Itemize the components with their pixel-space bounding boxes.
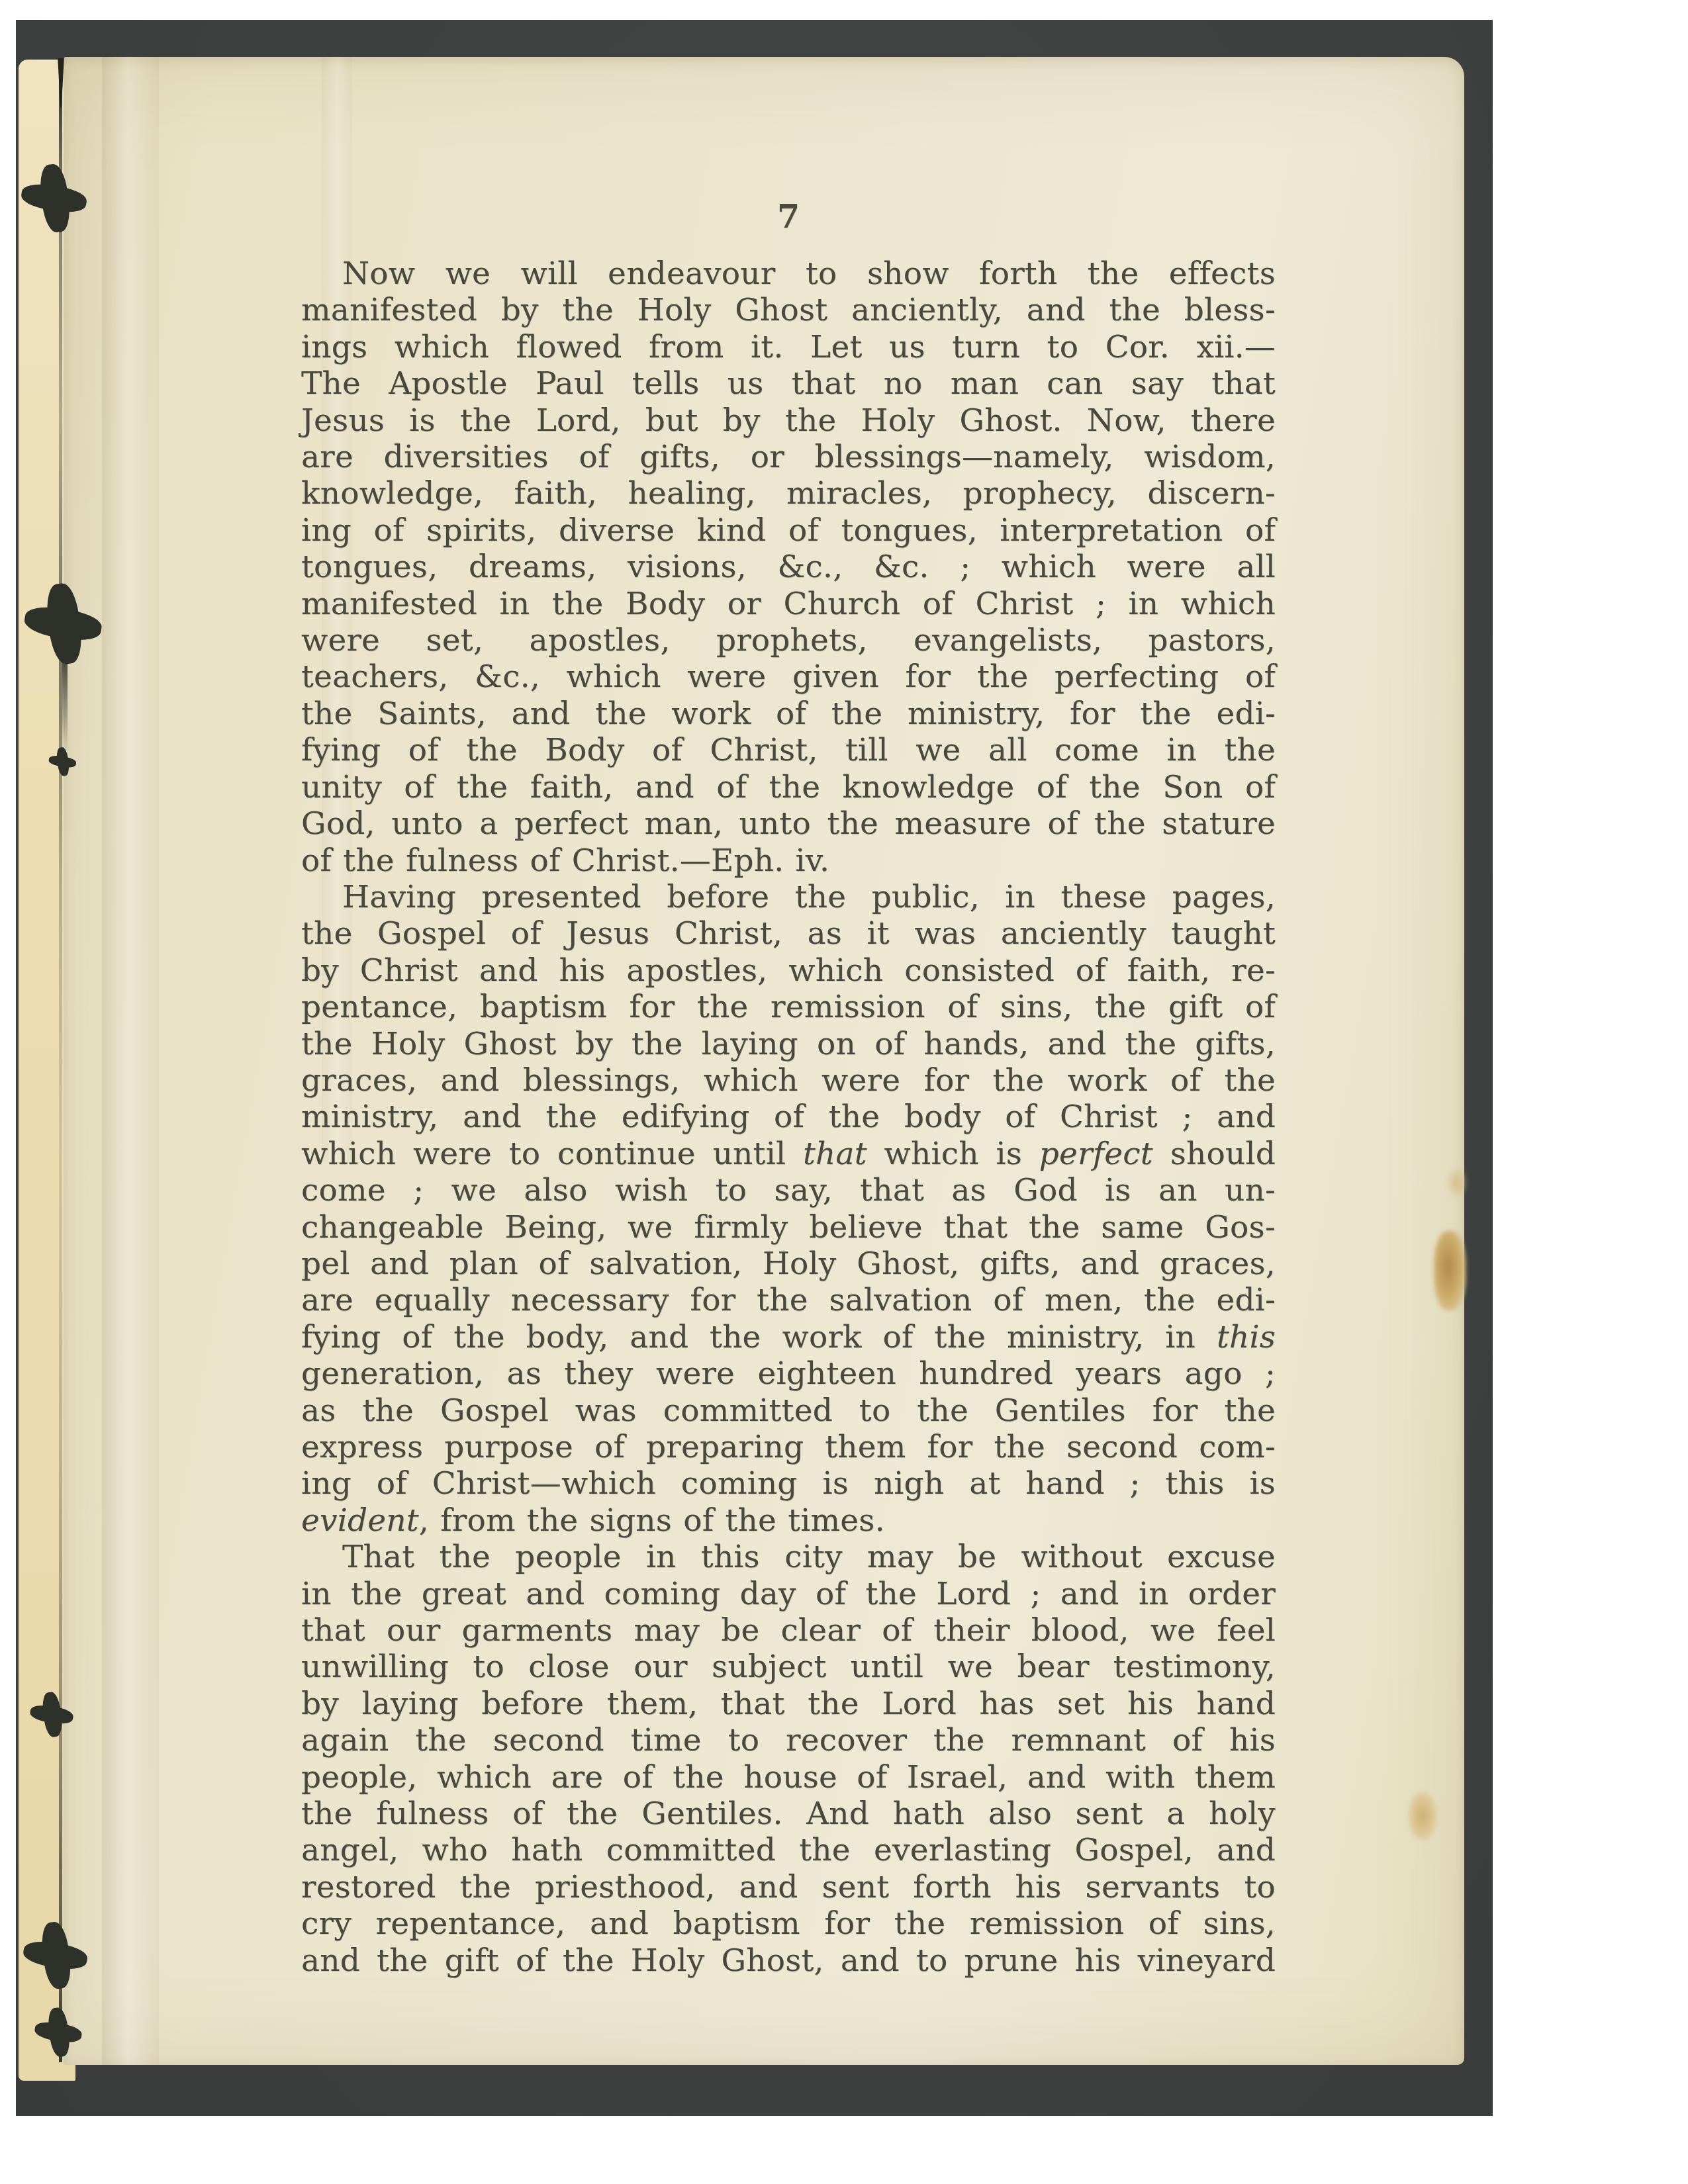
text-line: knowledge, faith, healing, miracles, pro… bbox=[301, 475, 1276, 512]
stain bbox=[1409, 1792, 1436, 1840]
text-line: The Apostle Paul tells us that no man ca… bbox=[301, 365, 1276, 402]
text-block: Now we will endeavour to show forth the … bbox=[301, 255, 1276, 1979]
text-line: God, unto a perfect man, unto the measur… bbox=[301, 805, 1276, 842]
text-line: fying of the Body of Christ, till we all… bbox=[301, 732, 1276, 768]
text-line: are equally necessary for the salvation … bbox=[301, 1282, 1276, 1318]
text-line: ing of spirits, diverse kind of tongues,… bbox=[301, 512, 1276, 549]
text-line: restored the priesthood, and sent forth … bbox=[301, 1869, 1276, 1905]
text-line: cry repentance, and baptism for the remi… bbox=[301, 1905, 1276, 1942]
screenshot-root: { "scan": { "background_color": "#3e4140… bbox=[0, 0, 1688, 2184]
stitch-mark bbox=[21, 1920, 92, 1991]
stain bbox=[1434, 1231, 1466, 1310]
text-line: Having presented before the public, in t… bbox=[301, 879, 1276, 915]
text-line: which were to continue until that which … bbox=[301, 1136, 1276, 1172]
text-line: fying of the body, and the work of the m… bbox=[301, 1319, 1276, 1355]
text-line: evident, from the signs of the times. bbox=[301, 1502, 1276, 1539]
stitch-mark bbox=[28, 1691, 77, 1739]
text-line: that our garments may be clear of their … bbox=[301, 1612, 1276, 1649]
text-line: unity of the faith, and of the knowledge… bbox=[301, 769, 1276, 805]
text-line: unwilling to close our subject until we … bbox=[301, 1649, 1276, 1685]
text-line: Now we will endeavour to show forth the … bbox=[301, 255, 1276, 292]
text-line: the Saints, and the work of the ministry… bbox=[301, 696, 1276, 732]
text-line: were set, apostles, prophets, evangelist… bbox=[301, 622, 1276, 659]
text-line: by laying before them, that the Lord has… bbox=[301, 1686, 1276, 1722]
text-line: ministry, and the edifying of the body o… bbox=[301, 1099, 1276, 1135]
text-line: the Gospel of Jesus Christ, as it was an… bbox=[301, 915, 1276, 952]
stitch-mark bbox=[48, 747, 78, 777]
text-line: again the second time to recover the rem… bbox=[301, 1722, 1276, 1758]
text-line: by Christ and his apostles, which consis… bbox=[301, 952, 1276, 989]
text-line: changeable Being, we firmly believe that… bbox=[301, 1209, 1276, 1246]
binding-tear-line bbox=[59, 58, 62, 2062]
stitch-mark bbox=[19, 162, 91, 235]
page-crease bbox=[102, 57, 159, 2065]
text-line: express purpose of preparing them for th… bbox=[301, 1429, 1276, 1465]
text-line: come ; we also wish to say, that as God … bbox=[301, 1172, 1276, 1208]
text-line: graces, and blessings, which were for th… bbox=[301, 1062, 1276, 1099]
text-line: are diversities of gifts, or blessings—n… bbox=[301, 439, 1276, 475]
stitch-mark bbox=[32, 2006, 85, 2058]
text-line: and the gift of the Holy Ghost, and to p… bbox=[301, 1942, 1276, 1979]
text-line: ing of Christ—which coming is nigh at ha… bbox=[301, 1465, 1276, 1502]
text-line: people, which are of the house of Israel… bbox=[301, 1759, 1276, 1796]
text-line: the fulness of the Gentiles. And hath al… bbox=[301, 1796, 1276, 1832]
stitch-mark bbox=[21, 581, 107, 667]
text-line: as the Gospel was committed to the Genti… bbox=[301, 1392, 1276, 1429]
text-line: of the fulness of Christ.—Eph. iv. bbox=[301, 842, 1276, 879]
text-line: the Holy Ghost by the laying on of hands… bbox=[301, 1026, 1276, 1062]
stain bbox=[1447, 1167, 1467, 1198]
text-line: Jesus is the Lord, but by the Holy Ghost… bbox=[301, 402, 1276, 439]
text-line: pentance, baptism for the remission of s… bbox=[301, 989, 1276, 1025]
text-line: angel, who hath committed the everlastin… bbox=[301, 1832, 1276, 1868]
page-number: 7 bbox=[301, 197, 1276, 236]
text-line: manifested in the Body or Church of Chri… bbox=[301, 586, 1276, 622]
text-line: in the great and coming day of the Lord … bbox=[301, 1576, 1276, 1612]
text-line: That the people in this city may be with… bbox=[301, 1539, 1276, 1575]
text-line: teachers, &c., which were given for the … bbox=[301, 659, 1276, 695]
text-line: generation, as they were eighteen hundre… bbox=[301, 1355, 1276, 1392]
stitch-ink-drip bbox=[62, 659, 68, 751]
text-line: manifested by the Holy Ghost anciently, … bbox=[301, 292, 1276, 328]
text-line: ings which flowed from it. Let us turn t… bbox=[301, 329, 1276, 365]
text-line: tongues, dreams, visions, &c., &c. ; whi… bbox=[301, 549, 1276, 585]
text-line: pel and plan of salvation, Holy Ghost, g… bbox=[301, 1246, 1276, 1282]
